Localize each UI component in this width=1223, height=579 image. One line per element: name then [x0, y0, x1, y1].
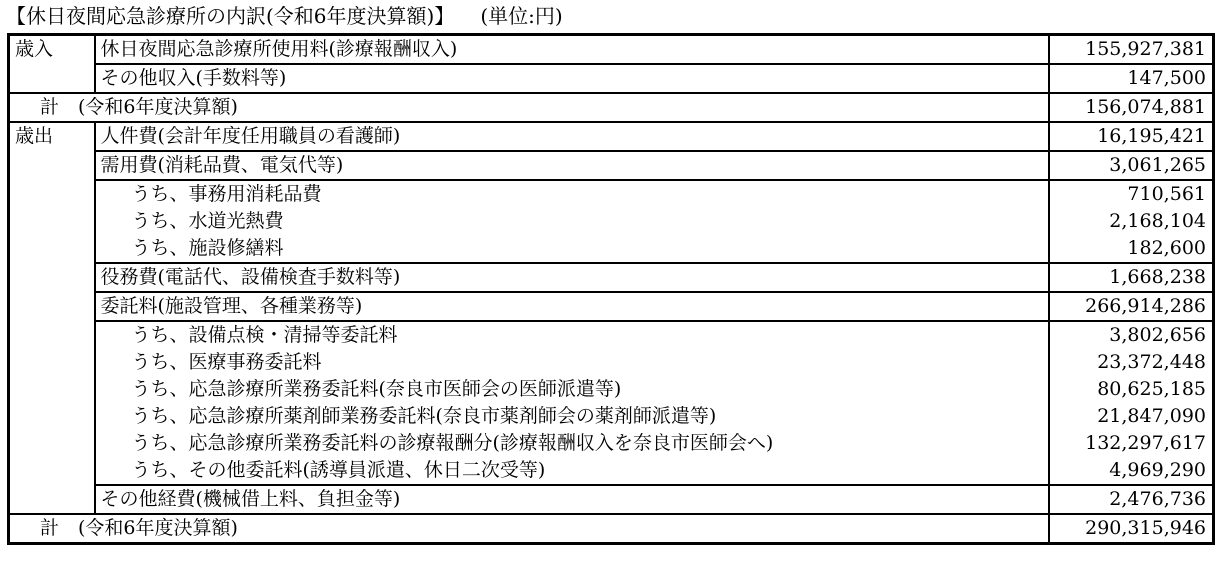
table-row: うち、その他委託料(誘導員派遣、休日二次受等) 4,969,290 [9, 457, 1214, 485]
row-amount: 147,500 [1049, 64, 1214, 93]
row-label: 需用費(消耗品費、電気代等) [95, 151, 1049, 180]
table-row: 歳入 休日夜間応急診療所使用料(診療報酬収入) 155,927,381 [9, 35, 1214, 65]
row-label: うち、設備点検・清掃等委託料 [95, 321, 1049, 349]
row-amount: 2,476,736 [1049, 485, 1214, 514]
table-row: うち、医療事務委託料 23,372,448 [9, 349, 1214, 376]
row-amount: 2,168,104 [1049, 208, 1214, 235]
table-row: うち、応急診療所業務委託料(奈良市医師会の医師派遣等) 80,625,185 [9, 376, 1214, 403]
row-amount: 21,847,090 [1049, 403, 1214, 430]
row-amount: 16,195,421 [1049, 122, 1214, 151]
row-label: うち、その他委託料(誘導員派遣、休日二次受等) [95, 457, 1049, 485]
row-amount: 3,061,265 [1049, 151, 1214, 180]
table-row: うち、施設修繕料 182,600 [9, 235, 1214, 263]
table-row: 委託料(施設管理、各種業務等) 266,914,286 [9, 292, 1214, 321]
row-label: うち、応急診療所業務委託料の診療報酬分(診療報酬収入を奈良市医師会へ) [95, 430, 1049, 457]
table-title: 【休日夜間応急診療所の内訳(令和6年度決算額)】 [6, 4, 454, 28]
row-label: うち、施設修繕料 [95, 235, 1049, 263]
table-row: 需用費(消耗品費、電気代等) 3,061,265 [9, 151, 1214, 180]
row-amount: 1,668,238 [1049, 263, 1214, 292]
row-label: うち、医療事務委託料 [95, 349, 1049, 376]
row-amount: 710,561 [1049, 180, 1214, 208]
row-amount: 132,297,617 [1049, 430, 1214, 457]
document-page: 【休日夜間応急診療所の内訳(令和6年度決算額)】(単位:円) 歳入 休日夜間応急… [0, 0, 1223, 579]
row-label: うち、水道光熱費 [95, 208, 1049, 235]
section-head-income: 歳入 [9, 35, 95, 94]
table-row-expense-total: 計 (令和6年度決算額) 290,315,946 [9, 514, 1214, 544]
budget-breakdown-table: 歳入 休日夜間応急診療所使用料(診療報酬収入) 155,927,381 その他収… [7, 33, 1215, 545]
row-label: その他経費(機械借上料、負担金等) [95, 485, 1049, 514]
table-row: うち、設備点検・清掃等委託料 3,802,656 [9, 321, 1214, 349]
row-amount: 266,914,286 [1049, 292, 1214, 321]
income-total-amount: 156,074,881 [1049, 93, 1214, 122]
row-label: うち、事務用消耗品費 [95, 180, 1049, 208]
expense-total-amount: 290,315,946 [1049, 514, 1214, 544]
unit-label: (単位:円) [480, 4, 562, 28]
row-label: その他収入(手数料等) [95, 64, 1049, 93]
row-amount: 3,802,656 [1049, 321, 1214, 349]
table-row: うち、水道光熱費 2,168,104 [9, 208, 1214, 235]
table-row: うち、事務用消耗品費 710,561 [9, 180, 1214, 208]
table-row: うち、応急診療所業務委託料の診療報酬分(診療報酬収入を奈良市医師会へ) 132,… [9, 430, 1214, 457]
row-amount: 182,600 [1049, 235, 1214, 263]
table-row: その他経費(機械借上料、負担金等) 2,476,736 [9, 485, 1214, 514]
table-row: 歳出 人件費(会計年度任用職員の看護師) 16,195,421 [9, 122, 1214, 151]
section-head-expense: 歳出 [9, 122, 95, 514]
row-amount: 23,372,448 [1049, 349, 1214, 376]
row-label: うち、応急診療所薬剤師業務委託料(奈良市薬剤師会の薬剤師派遣等) [95, 403, 1049, 430]
table-row: 役務費(電話代、設備検査手数料等) 1,668,238 [9, 263, 1214, 292]
row-label: うち、応急診療所業務委託料(奈良市医師会の医師派遣等) [95, 376, 1049, 403]
row-label: 役務費(電話代、設備検査手数料等) [95, 263, 1049, 292]
income-total-label: 計 (令和6年度決算額) [9, 93, 1049, 122]
table-row: うち、応急診療所薬剤師業務委託料(奈良市薬剤師会の薬剤師派遣等) 21,847,… [9, 403, 1214, 430]
row-label: 人件費(会計年度任用職員の看護師) [95, 122, 1049, 151]
row-amount: 80,625,185 [1049, 376, 1214, 403]
expense-total-label: 計 (令和6年度決算額) [9, 514, 1049, 544]
row-label: 休日夜間応急診療所使用料(診療報酬収入) [95, 35, 1049, 65]
table-row-income-total: 計 (令和6年度決算額) 156,074,881 [9, 93, 1214, 122]
row-label: 委託料(施設管理、各種業務等) [95, 292, 1049, 321]
table-row: その他収入(手数料等) 147,500 [9, 64, 1214, 93]
table-title-line: 【休日夜間応急診療所の内訳(令和6年度決算額)】(単位:円) [6, 2, 563, 30]
row-amount: 155,927,381 [1049, 35, 1214, 65]
row-amount: 4,969,290 [1049, 457, 1214, 485]
